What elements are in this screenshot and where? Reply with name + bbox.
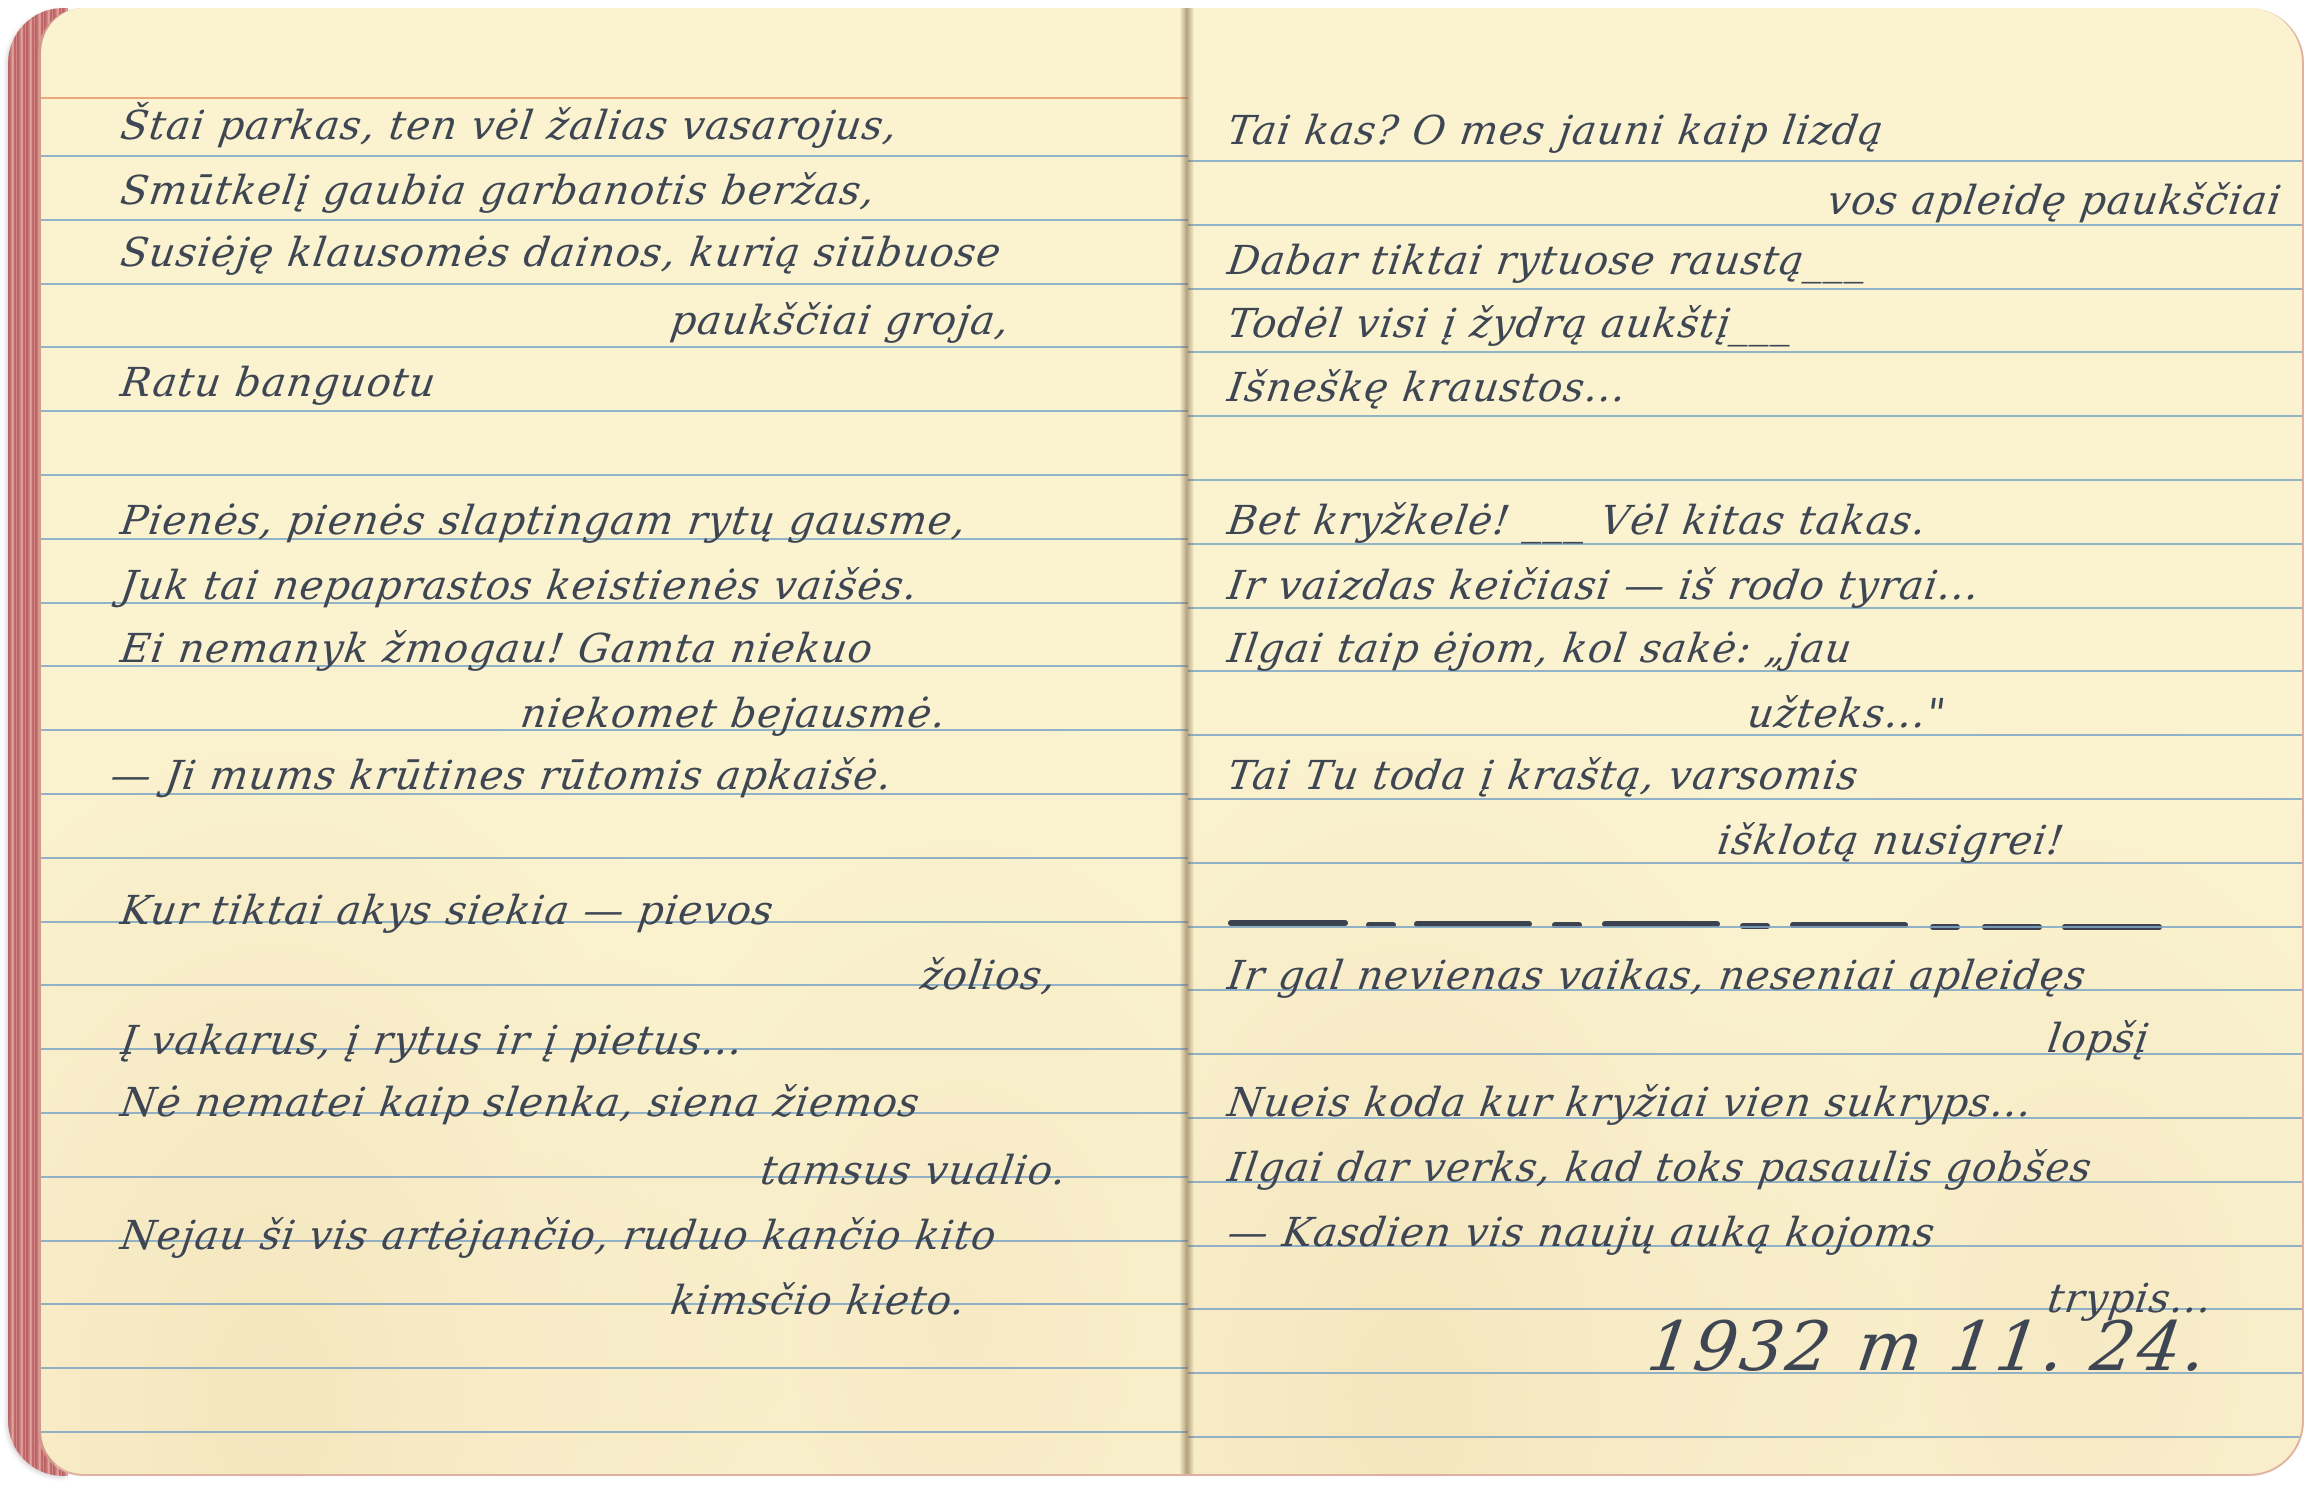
handwritten-line: Ir vaizdas keičiasi — iš rodo tyrai... — [1225, 563, 1983, 609]
handwritten-line: Todėl visi į žydrą aukštį___ — [1225, 301, 1797, 347]
handwritten-line: Tai kas? O mes jauni kaip lizdą — [1225, 108, 1887, 154]
ruled-line — [1188, 224, 2302, 226]
handwritten-line: Ratu banguotu — [118, 360, 439, 406]
ruled-line — [41, 1367, 1191, 1369]
ruled-line — [1188, 351, 2302, 353]
ruled-line — [1188, 288, 2302, 290]
left-page: Štai parkas, ten vėl žalias vasarojus,Sm… — [38, 8, 1191, 1476]
handwritten-line: Bet kryžkelė! ___ Vėl kitas takas. — [1225, 498, 1930, 544]
handwritten-line: Ei nemanyk žmogau! Gamta niekuo — [118, 626, 876, 672]
handwritten-line: Štai parkas, ten vėl žalias vasarojus, — [118, 103, 901, 149]
ruled-line — [41, 1431, 1191, 1433]
handwritten-line: Išneškę kraustos... — [1225, 365, 1630, 411]
handwritten-line: tamsus vualio. — [758, 1148, 1070, 1194]
notebook-spread: Štai parkas, ten vėl žalias vasarojus,Sm… — [8, 8, 2302, 1476]
handwritten-line: Juk tai nepaprastos keistienės vaišės. — [118, 563, 921, 609]
ruled-line — [1188, 1436, 2302, 1438]
handwritten-line: Dabar tiktai rytuose raustą___ — [1225, 238, 1871, 284]
ruled-line — [41, 474, 1191, 476]
handwritten-line: Ir gal nevienas vaikas, neseniai apleidę… — [1225, 953, 2090, 999]
handwritten-line: niekomet bejausmė. — [518, 691, 950, 737]
ruled-line — [41, 1303, 1191, 1305]
handwritten-line: Pienės, pienės slaptingam rytų gausme, — [118, 498, 970, 544]
ruled-line — [41, 155, 1191, 157]
handwritten-line: Ilgai taip ėjom, kol sakė: „jau — [1225, 626, 1856, 672]
handwritten-line: Į vakarus, į rytus ir į pietus... — [118, 1018, 746, 1064]
handwritten-line: Ilgai dar verks, kad toks pasaulis gobše… — [1225, 1145, 2095, 1191]
handwritten-line: lopšį — [2045, 1016, 2152, 1062]
handwritten-line: — Ji mums krūtines rūtomis apkaišė. — [108, 753, 896, 799]
handwritten-line: Nejau ši vis artėjančio, ruduo kančio ki… — [118, 1213, 1000, 1259]
handwritten-line: Susiėję klausomės dainos, kurią siūbuose — [118, 230, 1005, 276]
handwritten-line: vos apleidę paukščiai — [1825, 178, 2285, 224]
ruled-line — [41, 219, 1191, 221]
right-page: Tai kas? O mes jauni kaip lizdąvos aplei… — [1188, 8, 2304, 1476]
handwritten-line: Tai Tu toda į kraštą, varsomis — [1225, 753, 1862, 799]
entry-date: 1932 m 11. 24. — [1642, 1308, 2214, 1387]
handwritten-line: paukščiai groja, — [668, 298, 1013, 344]
handwritten-line: išklotą nusigrei! — [1715, 818, 2068, 864]
handwritten-line: Smūtkelį gaubia garbanotis beržas, — [118, 168, 879, 214]
ruled-line — [1188, 479, 2302, 481]
header-rule — [41, 97, 1191, 99]
ruled-line — [1188, 926, 2302, 928]
ruled-line — [41, 346, 1191, 348]
handwritten-line: Nueis koda kur kryžiai vien sukryps... — [1225, 1080, 2036, 1126]
ruled-line — [41, 857, 1191, 859]
handwritten-line: Kur tiktai akys siekia — pievos — [118, 888, 777, 934]
ruled-line — [1188, 415, 2302, 417]
ruled-line — [1188, 160, 2302, 162]
handwritten-line: užteks..." — [1745, 691, 1949, 737]
handwritten-line: žolios, — [918, 953, 1060, 999]
ruled-line — [41, 283, 1191, 285]
notebook-spine — [1180, 8, 1194, 1474]
ruled-line — [41, 410, 1191, 412]
handwritten-line: — Kasdien vis naujų auką kojoms — [1225, 1210, 1939, 1256]
handwritten-line: Nė nematei kaip slenka, siena žiemos — [118, 1080, 923, 1126]
handwritten-line: kimsčio kieto. — [668, 1278, 969, 1324]
